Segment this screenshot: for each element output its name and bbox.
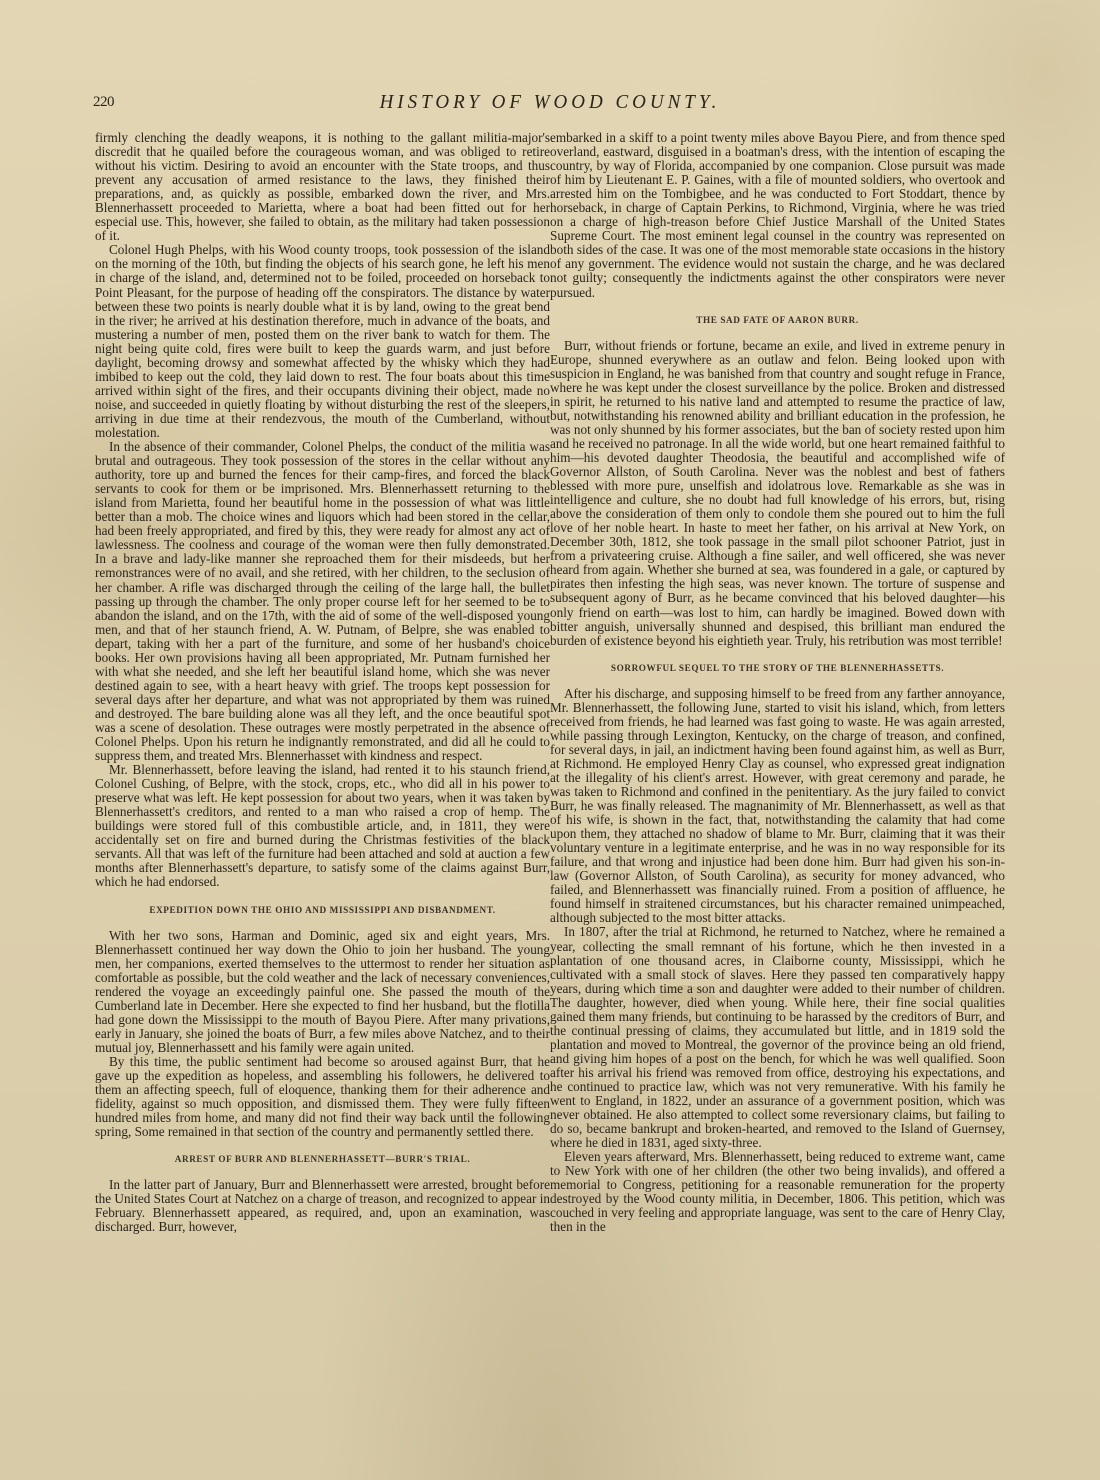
book-title: HISTORY OF WOOD COUNTY. [90,91,1010,114]
section-heading-arrest: ARREST OF BURR AND BLENNERHASSETT—BURR'S… [95,1152,550,1166]
left-column: firmly clenching the deadly weapons, it … [95,131,550,1235]
running-head: 220 HISTORY OF WOOD COUNTY. [90,92,1010,114]
paragraph: Eleven years afterward, Mrs. Blennerhass… [550,1150,1005,1234]
paragraph: Colonel Hugh Phelps, with his Wood count… [95,243,550,440]
section-heading-sorrowful-sequel: SORROWFUL SEQUEL TO THE STORY OF THE BLE… [550,661,1005,675]
paragraph: In the latter part of January, Burr and … [95,1178,550,1234]
right-column: embarked in a skiff to a point twenty mi… [550,131,1005,1235]
paragraph: With her two sons, Harman and Dominic, a… [95,929,550,1055]
paragraph: In the absence of their commander, Colon… [95,440,550,763]
paragraph: firmly clenching the deadly weapons, it … [95,131,550,243]
book-page: 220 HISTORY OF WOOD COUNTY. firmly clenc… [0,0,1100,1480]
paragraph: In 1807, after the trial at Richmond, he… [550,925,1005,1150]
paragraph: Burr, without friends or fortune, became… [550,339,1005,648]
section-heading-sad-fate: THE SAD FATE OF AARON BURR. [550,313,1005,327]
paragraph: By this time, the public sentiment had b… [95,1055,550,1139]
paragraph: Mr. Blennerhassett, before leaving the i… [95,763,550,889]
section-heading-expedition: EXPEDITION DOWN THE OHIO AND MISSISSIPPI… [95,903,550,917]
paragraph: After his discharge, and supposing himse… [550,687,1005,926]
paragraph: embarked in a skiff to a point twenty mi… [550,131,1005,300]
